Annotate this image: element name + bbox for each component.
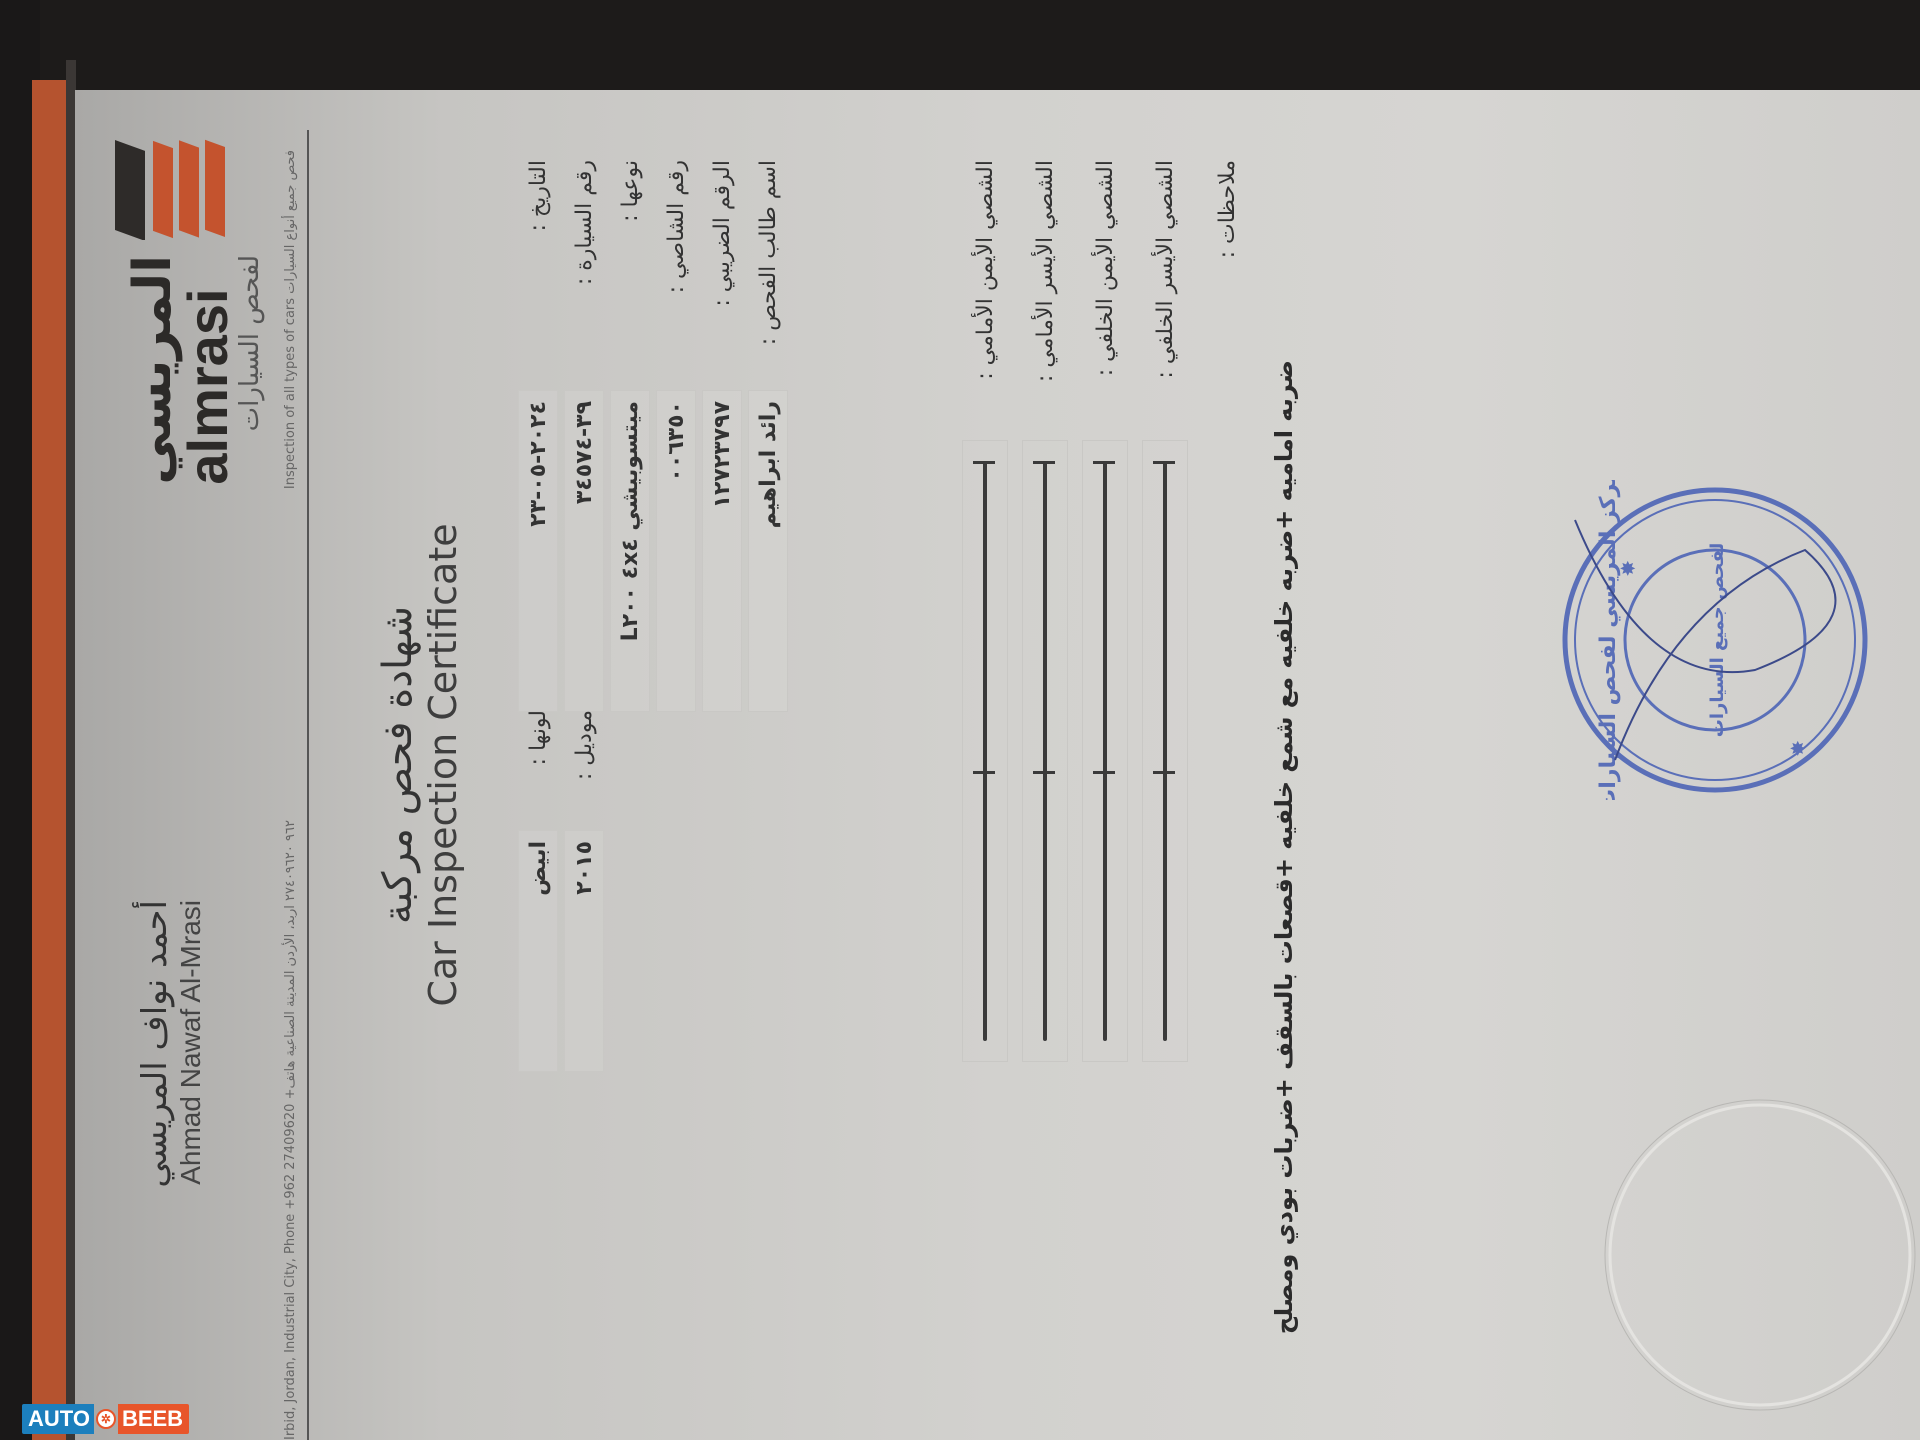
certificate-title: شهادة فحص مركبة Car Inspection Certifica… xyxy=(375,90,465,1440)
notes-text: ضربه اماميه +ضربه خلفيه مع شمع خلفيه +قص… xyxy=(1270,360,1298,1400)
chassis-label: الشصي الأيمن الأمامي : xyxy=(973,160,998,420)
field-label: نوعها : xyxy=(618,160,643,370)
inspection-certificate: المريسي almrasi لفحص السيارات أحمد نواف … xyxy=(75,90,1920,1440)
chassis-mark-rear-right xyxy=(1082,440,1128,1062)
chassis-mark-rear-left xyxy=(1142,440,1188,1062)
chassis-mark-front-right xyxy=(962,440,1008,1062)
brand-tagline: Inspection of all types of cars فحص جميع… xyxy=(283,150,298,489)
owner-name-en: Ahmad Nawaf Al-Mrasi xyxy=(175,900,207,1320)
title-ar: شهادة فحص مركبة xyxy=(375,90,421,1440)
field-value-type: ميتسوبيشي ٤x٤ L٢٠٠ xyxy=(610,390,650,712)
field-value-plate: ٣٩-٣٤٥٧٤ xyxy=(564,390,604,712)
chassis-inspection: الشصي الأيمن الأمامي : الشصي الأيسر الأم… xyxy=(955,160,1195,1160)
field-row-chassis-number: رقم الشاصي : ٠٠٦٣٥٠ xyxy=(653,160,699,720)
chassis-mark-front-left xyxy=(1022,440,1068,1062)
field-row-date: التاريخ : ٢٠٢٤-٠٥-٢٣ xyxy=(515,160,561,720)
field-label: التاريخ : xyxy=(526,160,551,370)
brand-name-ar: المريسي xyxy=(125,255,181,485)
field-row-plate: رقم السيارة : ٣٩-٣٤٥٧٤ xyxy=(561,160,607,720)
field-label: رقم السيارة : xyxy=(572,160,597,370)
header-divider xyxy=(307,130,309,1440)
field-value-tax-number: ١٢٧٢٣٧٩٧ xyxy=(702,390,742,712)
chassis-row-rear-left: الشصي الأيسر الخلفي : xyxy=(1135,160,1195,1160)
vehicle-fields: التاريخ : ٢٠٢٤-٠٥-٢٣ رقم السيارة : ٣٩-٣٤… xyxy=(515,160,791,720)
paper-orange-band xyxy=(32,80,68,1440)
brand-name-en: almrasi xyxy=(181,255,235,485)
field-row-type: نوعها : ميتسوبيشي ٤x٤ L٢٠٠ xyxy=(607,160,653,720)
notes-label: ملاحظات : xyxy=(1215,160,1240,1400)
field-label: الرقم الضريبي : xyxy=(710,160,735,370)
field-value-model: ٢٠١٥ xyxy=(564,830,604,1072)
notes-section: ملاحظات : ضربه اماميه +ضربه خلفيه مع شمع… xyxy=(1215,160,1298,1400)
contact-line: Irbid, Jordan, Industrial City, Phone +9… xyxy=(283,820,298,1440)
brand-logo: المريسي almrasi لفحص السيارات xyxy=(115,130,265,360)
autobeeb-watermark: AUTO ✲ BEEB xyxy=(22,1404,189,1434)
field-value-chassis-number: ٠٠٦٣٥٠ xyxy=(656,390,696,712)
embossed-seal-icon xyxy=(1595,1090,1920,1420)
chassis-label: الشصي الأيسر الخلفي : xyxy=(1153,160,1178,420)
title-en: Car Inspection Certificate xyxy=(421,90,465,1440)
vehicle-side-fields: لونها : ابيض موديل : ٢٠١٥ xyxy=(515,710,607,1110)
chassis-row-front-right: الشصي الأيمن الأمامي : xyxy=(955,160,1015,1160)
svg-text:✸: ✸ xyxy=(1616,560,1640,577)
owner-block: أحمد نواف المريسي Ahmad Nawaf Al-Mrasi xyxy=(135,900,207,1320)
chassis-label: الشصي الأيمن الخلفي : xyxy=(1093,160,1118,420)
chassis-row-front-left: الشصي الأيسر الأمامي : xyxy=(1015,160,1075,1160)
chassis-label: الشصي الأيسر الأمامي : xyxy=(1033,160,1058,420)
field-label: رقم الشاصي : xyxy=(664,160,689,370)
field-label: اسم طالب الفحص : xyxy=(756,160,781,370)
chassis-row-rear-right: الشصي الأيمن الخلفي : xyxy=(1075,160,1135,1160)
field-value-date: ٢٠٢٤-٠٥-٢٣ xyxy=(518,390,558,712)
watermark-auto: AUTO xyxy=(22,1404,94,1434)
svg-text:✸: ✸ xyxy=(1786,740,1810,757)
brand-subtitle: لفحص السيارات xyxy=(235,255,265,485)
field-value-applicant: رائد ابراهيم xyxy=(748,390,788,712)
field-label: لونها : xyxy=(526,710,551,810)
field-row-model: موديل : ٢٠١٥ xyxy=(561,710,607,1110)
official-stamp-icon: مركز المريسي لفحص السيارات لفحص جميع الس… xyxy=(1555,480,1875,800)
field-row-applicant: اسم طالب الفحص : رائد ابراهيم xyxy=(745,160,791,720)
wheel-icon: ✲ xyxy=(96,1409,116,1429)
field-label: موديل : xyxy=(572,710,597,810)
almrasi-logo-icon xyxy=(115,130,235,240)
svg-text:لفحص جميع السيارات: لفحص جميع السيارات xyxy=(1707,543,1728,737)
watermark-beeb: BEEB xyxy=(118,1404,189,1434)
field-value-color: ابيض xyxy=(518,830,558,1072)
owner-name-ar: أحمد نواف المريسي xyxy=(135,900,175,1320)
field-row-tax-number: الرقم الضريبي : ١٢٧٢٣٧٩٧ xyxy=(699,160,745,720)
field-row-color: لونها : ابيض xyxy=(515,710,561,1110)
